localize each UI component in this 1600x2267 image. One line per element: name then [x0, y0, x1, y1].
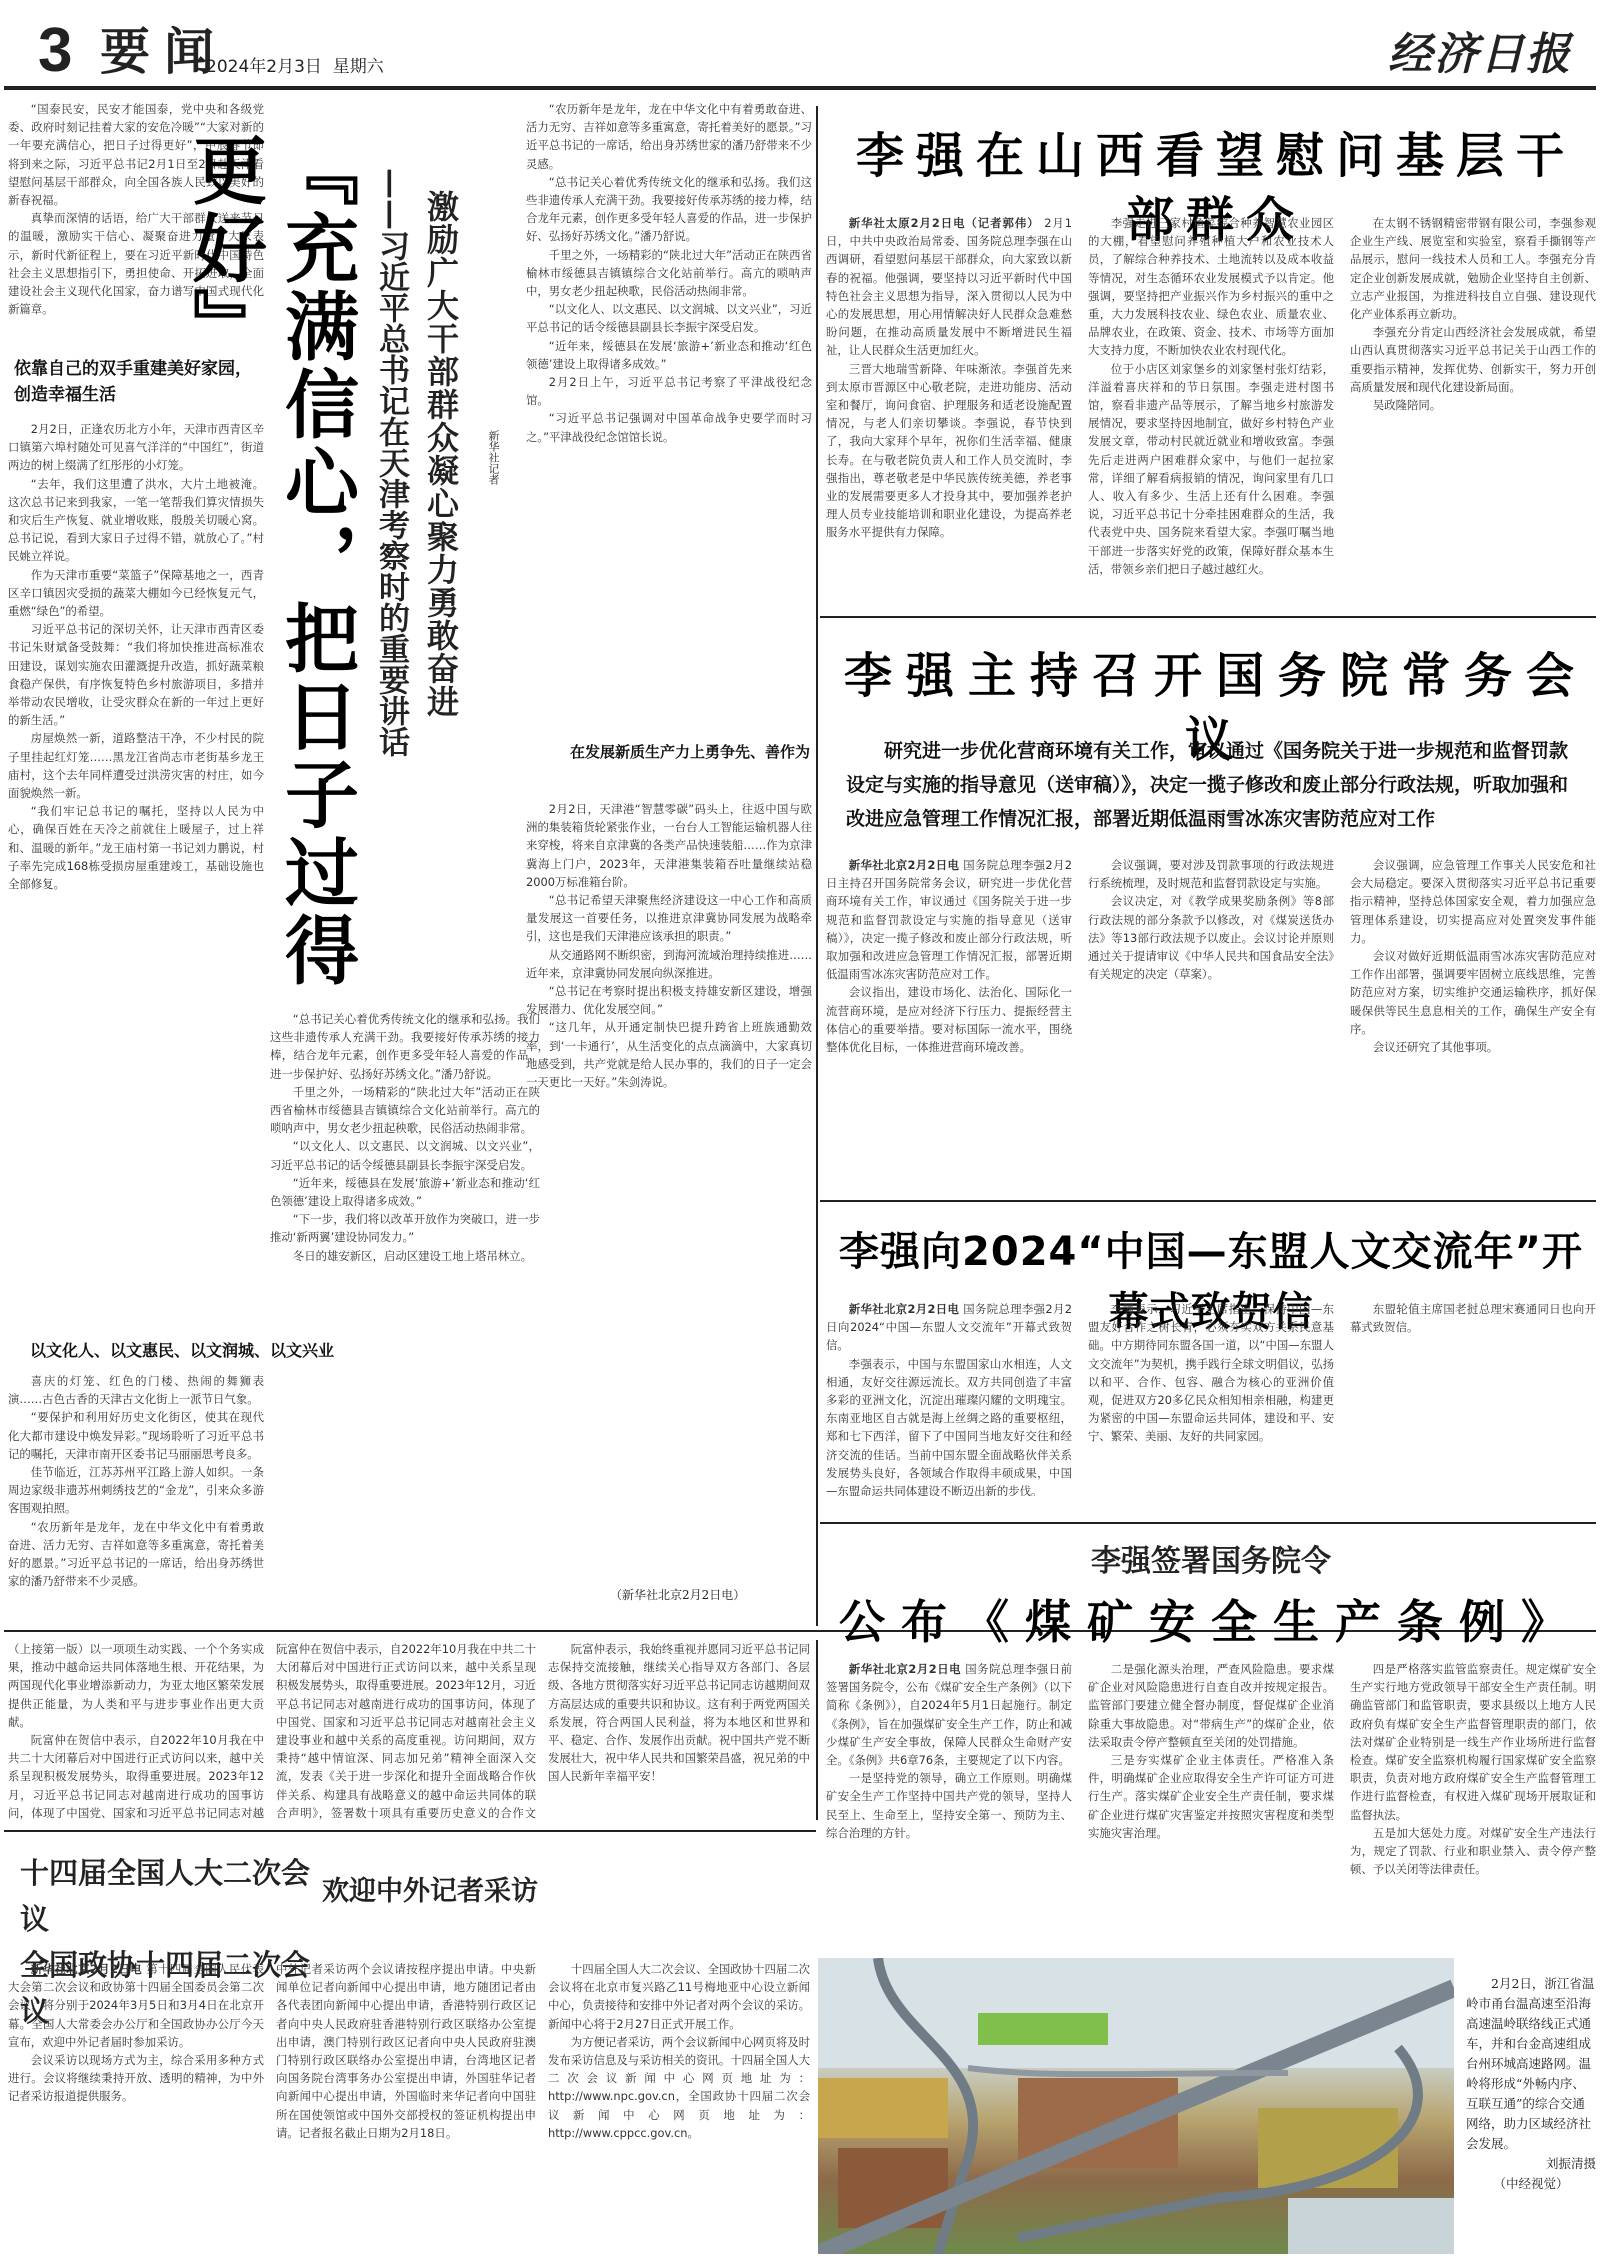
paragraph: 2月2日上午，习近平总书记考察了平津战役纪念馆。: [526, 373, 812, 409]
issue-weekday: 星期六: [333, 57, 384, 77]
paragraph: “下一步，我们将以改革开放作为突破口，进一步推动‘新两翼’建设协同发力。”: [270, 1210, 540, 1246]
paragraph: 冬日的雄安新区，启动区建设工地上塔吊林立。: [270, 1247, 540, 1265]
paragraph: 佳节临近，江苏苏州平江路上游人如织。一条周边家级非遗苏州刺绣技艺的“金龙”，引来…: [8, 1463, 264, 1518]
state-council-col2: 会议强调，要对涉及罚款事项的行政法规进行系统梳理，及时规范和监督罚款设定与实施。…: [1088, 856, 1334, 1186]
dateline: 新华社北京2月2日电: [849, 1302, 959, 1316]
section-rule: [4, 1830, 816, 1832]
coal-col1: 新华社北京2月2日电 国务院总理李强日前签署国务院令，公布《煤矿安全生产条例》（…: [826, 1660, 1072, 1950]
paragraph: 李强充分肯定山西经济社会发展成就，希望山西认真贯彻落实习近平总书记关于山西工作的…: [1350, 323, 1596, 396]
xi-section3-title: 在发展新质生产力上勇争先、善作为: [570, 740, 810, 792]
npc-col2: 中外记者采访两个会议请按程序提出申请。中央新闻单位记者向新闻中心提出申请，地方随…: [276, 1960, 536, 2260]
vietnam-col2: 阮富仲在贺信中表示，自2022年10月我在中共二十大闭幕后对中国进行正式访问以来…: [276, 1640, 536, 1820]
dateline: 新华社太原2月2日电（记者郭伟）: [849, 216, 1040, 230]
state-council-deck: 研究进一步优化营商环境有关工作，审议通过《国务院关于进一步规范和监督罚款设定与实…: [846, 734, 1576, 842]
paragraph: 新华社北京2月2日电 国务院总理李强2月2日向2024“中国—东盟人文交流年”开…: [826, 1300, 1072, 1355]
paragraph: 从交通路网不断织密，到海河流域治理持续推进……近年来，京津冀协同发展向纵深推进。: [526, 946, 812, 982]
paragraph: 房屋焕然一新，道路整洁干净，不少村民的院子里挂起红灯笼……黑龙江省尚志市老街基乡…: [8, 729, 264, 802]
xi-subtitle: 激励广大干部群众凝心聚力勇敢奋进: [412, 190, 464, 810]
xi-section1-body: 2月2日，正逢农历北方小年，天津市西青区辛口镇第六埠村随处可见喜气洋洋的“中国红…: [8, 420, 264, 1325]
paragraph: “农历新年是龙年，龙在中华文化中有着勇敢奋进、活力无穷、吉祥如意等多重寓意，寄托…: [8, 1518, 264, 1591]
paragraph: 作为天津市重要“菜篮子”保障基地之一，西青区辛口镇因灾受损的蔬菜大棚如今已经恢复…: [8, 566, 264, 621]
xi-section3-body: 2月2日，天津港“智慧零碳”码头上，往返中国与欧洲的集装箱货轮紧张作业，一台台人…: [526, 800, 812, 1520]
vietnam-col1: （上接第一版）以一项项生动实践、一个个务实成果，推动中越命运共同体落地生根、开花…: [8, 1640, 264, 1820]
caption-text: 2月2日，浙江省温岭市甬台温高速至沿海高速温岭联络线正式通车，并和台金高速组成台…: [1466, 1976, 1594, 2151]
section-rule: [820, 1200, 1596, 1202]
paragraph: “要保护和利用好历史文化街区，使其在现代化大都市建设中焕发异彩。”现场聆听了习近…: [8, 1408, 264, 1463]
paragraph: 千里之外，一场精彩的“陕北过大年”活动正在陕西省榆林市绥德县吉镇镇综合文化站前举…: [526, 246, 812, 301]
paragraph: “这几年，从开通定制快巴提升跨省上班族通勤效率，到‘一卡通行’，从生活变化的点点…: [526, 1018, 812, 1091]
xi-byline: 新华社记者: [482, 430, 500, 510]
xi-section2-body-col2: “总书记关心着优秀传统文化的继承和弘扬。我们这些非遗传承人充满干劲。我要接好传承…: [270, 1010, 540, 1620]
shanxi-col3: 在太钢不锈钢精密带钢有限公司，李强参观企业生产线、展览室和实验室，察看手撕钢等产…: [1350, 214, 1596, 590]
paragraph: “近年来，绥德县在发展‘旅游+’新业态和推动‘红色领德’建设上取得诸多成效。”: [270, 1174, 540, 1210]
xi-section2-body-col3: “农历新年是龙年，龙在中华文化中有着勇敢奋进、活力无穷、吉祥如意等多重寓意，寄托…: [526, 100, 812, 730]
paragraph: 千里之外，一场精彩的“陕北过大年”活动正在陕西省榆林市绥德县吉镇镇综合文化站前举…: [270, 1083, 540, 1138]
section-rule: [820, 616, 1596, 618]
paragraph: 十四届全国人大二次会议、全国政协十四届二次会议将在北京市复兴路乙11号梅地亚中心…: [548, 1960, 810, 2033]
photo-source: （中经视觉）: [1466, 2174, 1596, 2194]
xi-main-title: 『充满信心，把日子过得更好』: [266, 132, 362, 1012]
paragraph: “近年来，绥德县在发展‘旅游+’新业态和推动‘红色领德’建设上取得诸多成效。”: [526, 337, 812, 373]
asean-col2: 李强表示，习近平主席指出，保持中国—东盟友好合作之树长青，必须夯实双方关系民意基…: [1088, 1300, 1334, 1496]
page-number: 3: [38, 18, 70, 84]
paragraph: （上接第一版）以一项项生动实践、一个个务实成果，推动中越命运共同体落地生根、开花…: [8, 1640, 264, 1731]
paragraph: 习近平总书记的深切关怀，让天津市西青区委书记朱财斌备受鼓舞：“我们将加快推进高标…: [8, 620, 264, 729]
dateline: 新华社北京2月2日电: [849, 1662, 961, 1676]
paragraph: 二是强化源头治理，严查风险隐患。要求煤矿企业对风险隐患进行自查自改并按规定报告。…: [1088, 1660, 1334, 1751]
paragraph: 三是夯实煤矿企业主体责任。严格准入条件，明确煤矿企业应取得安全生产许可证方可进行…: [1088, 1751, 1334, 1842]
paragraph: 2月2日，正逢农历北方小年，天津市西青区辛口镇第六埠村随处可见喜气洋洋的“中国红…: [8, 420, 264, 475]
paragraph: 喜庆的灯笼、红色的门楼、热闹的舞狮表演……古色古香的天津古文化街上一派节日气象。: [8, 1372, 264, 1408]
paragraph: 东盟轮值主席国老挝总理宋赛通同日也向开幕式致贺信。: [1350, 1300, 1596, 1336]
section-rule: [820, 1522, 1596, 1524]
xi-end-note: （新华社北京2月2日电）: [610, 1586, 745, 1603]
photo-caption: 2月2日，浙江省温岭市甬台温高速至沿海高速温岭联络线正式通车，并和台金高速组成台…: [1466, 1974, 1596, 2264]
paragraph: “以文化人、以文惠民、以文润城、以文兴业”，习近平总书记的话令绥德县副县长李振宇…: [270, 1137, 540, 1173]
paragraph: “习近平总书记强调对中国革命战争史要学而时习之。”平津战役纪念馆馆长说。: [526, 409, 812, 445]
paragraph: 会议对做好近期低温雨雪冰冻灾害防范应对工作作出部署，强调要牢固树立底线思维，完善…: [1350, 947, 1596, 1038]
paragraph: “总书记希望天津聚焦经济建设这一中心工作和高质量发展这一首要任务，以推进京津冀协…: [526, 891, 812, 946]
paragraph: 阮富仲表示，我始终重视并愿同习近平总书记同志保持交流接触，继续关心指导双方各部门…: [548, 1640, 810, 1786]
state-council-col1: 新华社北京2月2日电 国务院总理李强2月2日主持召开国务院常务会议，研究进一步优…: [826, 856, 1072, 1186]
paragraph: “农历新年是龙年，龙在中华文化中有着勇敢奋进、活力无穷、吉祥如意等多重寓意，寄托…: [526, 100, 812, 173]
highway-interchange-photo: [818, 1958, 1454, 2254]
paragraph: 2月2日，天津港“智慧零碳”码头上，往返中国与欧洲的集装箱货轮紧张作业，一台台人…: [526, 800, 812, 891]
paragraph: 新华社北京2月2日电 第十四届全国人民代表大会第二次会议和政协第十四届全国委员会…: [8, 1960, 264, 2051]
paragraph: 位于小店区刘家堡乡的刘家堡村张灯结彩，洋溢着喜庆祥和的节日氛围。李强走进村图书馆…: [1088, 360, 1334, 578]
paragraph: “我们牢记总书记的嘱托，坚持以人民为中心，确保百姓在天冷之前就住上暖屋子，过上祥…: [8, 802, 264, 893]
paragraph: 会议还研究了其他事项。: [1350, 1038, 1596, 1056]
paragraph: “总书记在考察时提出积极支持雄安新区建设，增强发展潜力、优化发展空间。”: [526, 982, 812, 1018]
asean-col3: 东盟轮值主席国老挝总理宋赛通同日也向开幕式致贺信。: [1350, 1300, 1596, 1496]
photo-illustration-icon: [818, 1958, 1454, 2254]
paragraph: 李强表示，中国与东盟国家山水相连，人文相通，友好交往源远流长。双方共同创造了丰富…: [826, 1355, 1072, 1496]
paper-logo: 经济日报: [1388, 18, 1572, 82]
paragraph: 五是加大惩处力度。对煤矿安全生产违法行为，规定了罚款、行业和职业禁入、责令停产整…: [1350, 1824, 1596, 1879]
paragraph: 阮富仲在贺信中表示，自2022年10月我在中共二十大闭幕后对中国进行正式访问以来…: [8, 1731, 264, 1820]
dateline: 新华社北京2月2日电: [31, 1962, 142, 1976]
npc-title-line1: 十四届全国人大二次会议: [20, 1850, 320, 1942]
paragraph: 四是严格落实监管监察责任。规定煤矿安全生产实行地方党政领导干部安全生产责任制。明…: [1350, 1660, 1596, 1824]
asean-col1: 新华社北京2月2日电 国务院总理李强2月2日向2024“中国—东盟人文交流年”开…: [826, 1300, 1072, 1496]
paragraph: 李强表示，习近平主席指出，保持中国—东盟友好合作之树长青，必须夯实双方关系民意基…: [1088, 1300, 1334, 1446]
paragraph: 新华社北京2月2日电 国务院总理李强日前签署国务院令，公布《煤矿安全生产条例》（…: [826, 1660, 1072, 1769]
npc-col1: 新华社北京2月2日电 第十四届全国人民代表大会第二次会议和政协第十四届全国委员会…: [8, 1960, 264, 2260]
column-divider: [816, 1640, 818, 1820]
paragraph: 会议决定，对《教学成果奖励条例》等8部行政法规的部分条款予以修改，对《煤炭送货办…: [1088, 892, 1334, 983]
xi-section2-body-col1: 喜庆的灯笼、红色的门楼、热闹的舞狮表演……古色古香的天津古文化街上一派节日气象。…: [8, 1372, 264, 1622]
coal-kicker: 李强签署国务院令: [826, 1540, 1596, 1584]
paragraph: 吴政隆陪同。: [1350, 396, 1596, 414]
shanxi-col1: 新华社太原2月2日电（记者郭伟） 2月1日，中共中央政治局常委、国务院总理李强在…: [826, 214, 1072, 590]
npc-title-right: 欢迎中外记者采访: [322, 1872, 622, 1912]
shanxi-col2: 李强走进三家村鱼菜综合种养智慧农业园区的大棚，看望慰问养殖种植大户和农业技术人员…: [1088, 214, 1334, 590]
vietnam-col3: 阮富仲表示，我始终重视并愿同习近平总书记同志保持交流接触，继续关心指导双方各部门…: [548, 1640, 810, 1820]
paragraph: 阮富仲在贺信中表示，自2022年10月我在中共二十大闭幕后对中国进行正式访问以来…: [276, 1640, 536, 1820]
issue-date: 2024年2月3日 星期六: [206, 52, 384, 77]
paragraph: 李强走进三家村鱼菜综合种养智慧农业园区的大棚，看望慰问养殖种植大户和农业技术人员…: [1088, 214, 1334, 360]
paragraph: “总书记关心着优秀传统文化的继承和弘扬。我们这些非遗传承人充满干劲。我要接好传承…: [270, 1010, 540, 1083]
paragraph: 会议强调，应急管理工作事关人民安危和社会大局稳定。要深入贯彻落实习近平总书记重要…: [1350, 856, 1596, 947]
paragraph: 新华社太原2月2日电（记者郭伟） 2月1日，中共中央政治局常委、国务院总理李强在…: [826, 214, 1072, 360]
column-divider: [816, 106, 818, 1626]
npc-col3: 十四届全国人大二次会议、全国政协十四届二次会议将在北京市复兴路乙11号梅地亚中心…: [548, 1960, 810, 2260]
paragraph: 三晋大地瑞雪新降、年味渐浓。李强首先来到太原市晋源区中心敬老院，走进功能房、活动…: [826, 360, 1072, 542]
xi-subtitle2: ——习近平总书记在天津考察时的重要讲话: [362, 168, 414, 988]
paragraph: 新华社北京2月2日电 国务院总理李强2月2日主持召开国务院常务会议，研究进一步优…: [826, 856, 1072, 983]
coal-title: 公布《煤矿安全生产条例》: [826, 1590, 1596, 1654]
masthead-rule: [4, 86, 1596, 90]
paragraph: “以文化人、以文惠民、以文润城、以文兴业”，习近平总书记的话令绥德县副县长李振宇…: [526, 300, 812, 336]
paragraph: “总书记关心着优秀传统文化的继承和弘扬。我们这些非遗传承人充满干劲。我要接好传承…: [526, 173, 812, 246]
paragraph: 会议指出，建设市场化、法治化、国际化一流营商环境，是应对经济下行压力、提振经营主…: [826, 983, 1072, 1056]
paragraph: “去年，我们这里遭了洪水，大片土地被淹。这次总书记来到我家，一笔一笔帮我们算灾情…: [8, 475, 264, 566]
paragraph: 会议强调，要对涉及罚款事项的行政法规进行系统梳理，及时规范和监督罚款设定与实施。: [1088, 856, 1334, 892]
state-council-col3: 会议强调，应急管理工作事关人民安危和社会大局稳定。要深入贯彻落实习近平总书记重要…: [1350, 856, 1596, 1186]
paragraph: 会议采访以现场方式为主，综合采用多种方式进行。会议将继续秉持开放、透明的精神，为…: [8, 2051, 264, 2106]
coal-col2: 二是强化源头治理，严查风险隐患。要求煤矿企业对风险隐患进行自查自改并按规定报告。…: [1088, 1660, 1334, 1950]
paragraph: 一是坚持党的领导，确立工作原则。明确煤矿安全生产工作坚持中国共产党的领导，坚持人…: [826, 1769, 1072, 1842]
dateline: 新华社北京2月2日电: [849, 858, 959, 872]
coal-col3: 四是严格落实监管监察责任。规定煤矿安全生产实行地方党政领导干部安全生产责任制。明…: [1350, 1660, 1596, 1950]
issue-date-text: 2024年2月3日: [206, 57, 322, 77]
paragraph: 为方便记者采访，两个会议新闻中心网页将及时发布采访信息及与采访相关的资讯。十四届…: [548, 2033, 810, 2142]
paragraph: 中外记者采访两个会议请按程序提出申请。中央新闻单位记者向新闻中心提出申请，地方随…: [276, 1960, 536, 2142]
photo-credit: 刘振清摄: [1466, 2154, 1596, 2174]
paragraph: 在太钢不锈钢精密带钢有限公司，李强参观企业生产线、展览室和实验室，察看手撕钢等产…: [1350, 214, 1596, 323]
